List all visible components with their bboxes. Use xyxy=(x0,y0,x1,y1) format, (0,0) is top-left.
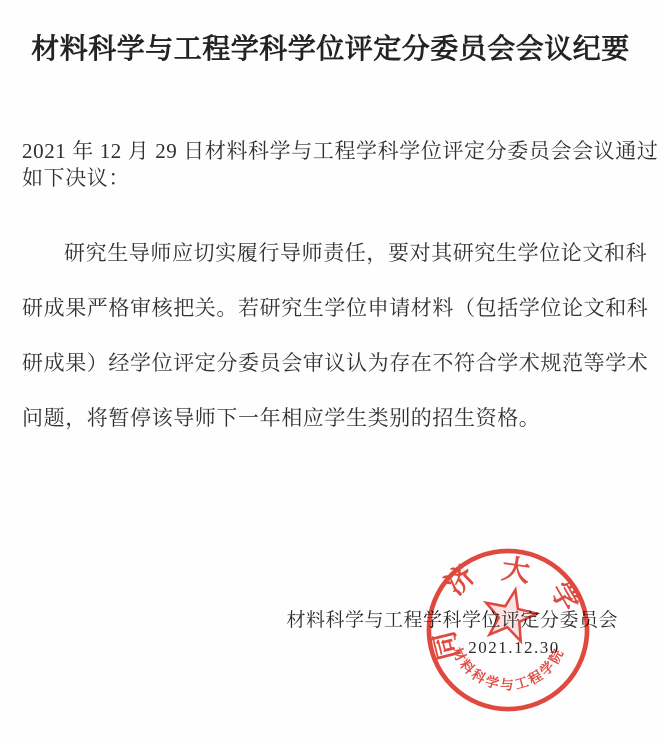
paragraph2-line1: 研究生导师应切实履行导师责任，要对其研究生学位论文和科 xyxy=(64,237,647,267)
paragraph1-line2: 如下决议： xyxy=(22,162,130,192)
seal-char-ji: 济 xyxy=(438,558,481,601)
document-page: 材料科学与工程学科学位评定分委员会会议纪要 2021 年 12 月 29 日材料… xyxy=(0,0,661,738)
seal-char-da: 大 xyxy=(500,553,532,589)
paragraph1-line1: 2021 年 12 月 29 日材料科学与工程学科学位评定分委员会会议通过 xyxy=(22,135,658,165)
committee-signature: 材料科学与工程学科学位评定分委员会 xyxy=(286,605,618,632)
paragraph2-line2: 研成果严格审核把关。若研究生学位申请材料（包括学位论文和科 xyxy=(22,292,648,322)
signature-date: 2021.12.30 xyxy=(462,638,566,658)
paragraph2-line4: 问题，将暂停该导师下一年相应学生类别的招生资格。 xyxy=(22,402,540,432)
document-title: 材料科学与工程学科学位评定分委员会会议纪要 xyxy=(0,27,661,67)
paragraph2-line3: 研成果）经学位评定分委员会审议认为存在不符合学术规范等学术 xyxy=(22,347,648,377)
seal-char-tong: 同 xyxy=(429,628,466,663)
